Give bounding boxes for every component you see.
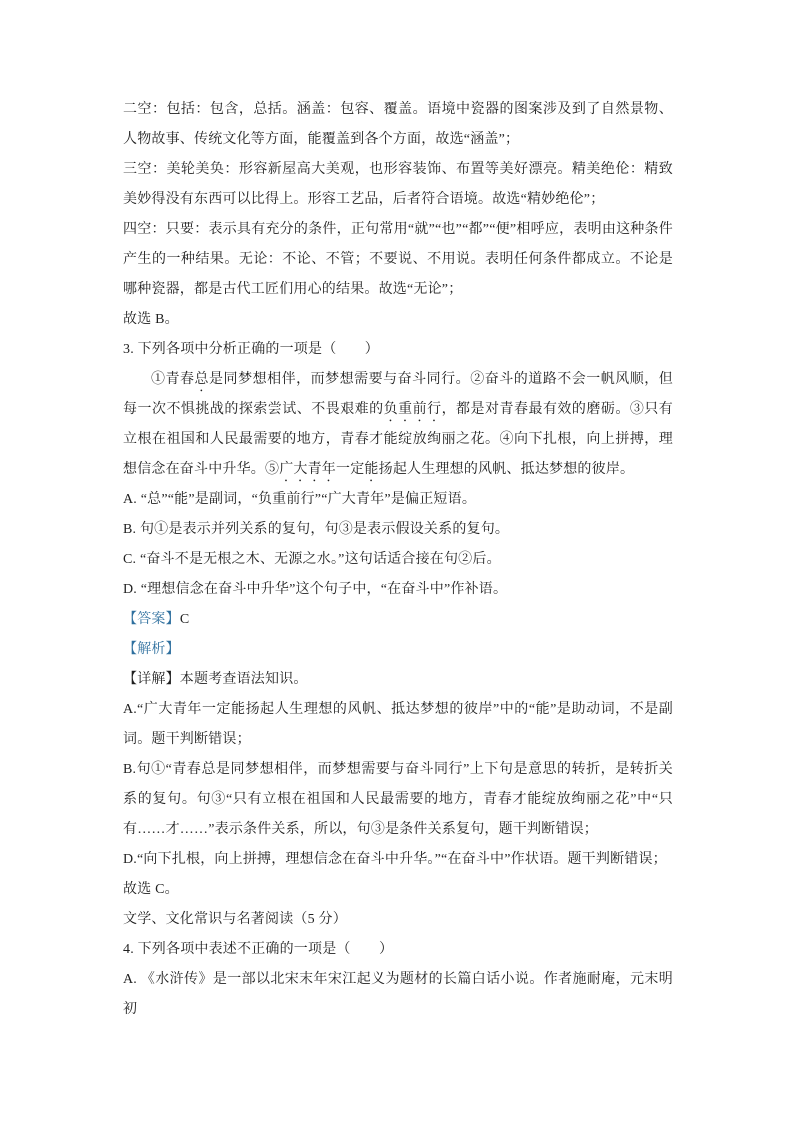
text-run: 3. 下列各项中分析正确的一项是（ ）	[123, 342, 379, 357]
explanation-blank2: 二空：包括：包含，总括。涵盖：包容、覆盖。语境中瓷器的图案涉及到了自然景物、人物…	[123, 95, 673, 155]
detail-q3-a: A.“广大青年一定能扬起人生理想的风帆、抵达梦想的彼岸”中的“能”是助动词，不是…	[123, 695, 673, 755]
detail-q3-intro: 【详解】本题考查语法知识。	[123, 665, 673, 695]
text-run: 一定	[336, 462, 364, 477]
text-run: C	[180, 612, 190, 627]
text-run: 文学、文化常识与名著阅读（5 分）	[123, 912, 347, 927]
text-run: D. “理想信念在奋斗中升华”这个句子中，“在奋斗中”作补语。	[123, 582, 507, 597]
document-page: { "page": { "background": "#ffffff", "te…	[0, 0, 793, 1122]
question-3-option-d: D. “理想信念在奋斗中升华”这个句子中，“在奋斗中”作补语。	[123, 575, 673, 605]
text-run: 故选 B。	[123, 312, 179, 327]
question-4-option-a: A. 《水浒传》是一部以北宋末年宋江起义为题材的长篇白话小说。作者施耐庵，元末明…	[123, 965, 673, 1025]
explanation-blank4: 四空：只要：表示具有充分的条件，正句常用“就”“也”“都”“便”相呼应，表明由这…	[123, 215, 673, 305]
conclusion-q3: 故选 C。	[123, 875, 673, 905]
emphasized-text: 总	[195, 372, 210, 387]
document-body: 二空：包括：包含，总括。涵盖：包容、覆盖。语境中瓷器的图案涉及到了自然景物、人物…	[123, 95, 673, 1025]
detail-q3-b: B.句①“青春总是同梦想相伴，而梦想需要与奋斗同行”上下句是意思的转折，是转折关…	[123, 755, 673, 845]
text-run: 扬起人生理想的风帆、抵达梦想的彼岸。	[379, 462, 635, 477]
text-run: ①青春	[151, 372, 195, 387]
answer-label-q3: 【答案】C	[123, 605, 673, 635]
emphasized-text: 能	[364, 462, 378, 477]
question-3-stem: 3. 下列各项中分析正确的一项是（ ）	[123, 335, 673, 365]
emphasized-text: 负重前行	[384, 402, 442, 417]
question-3-option-b: B. 句①是表示并列关系的复句，句③是表示假设关系的复句。	[123, 515, 673, 545]
text-run: A. “总”“能”是副词，“负重前行”“广大青年”是偏正短语。	[123, 492, 476, 507]
text-run: 二空：包括：包含，总括。涵盖：包容、覆盖。语境中瓷器的图案涉及到了自然景物、人物…	[123, 102, 673, 147]
text-run: 四空：只要：表示具有充分的条件，正句常用“就”“也”“都”“便”相呼应，表明由这…	[123, 222, 673, 297]
text-run: 三空：美轮美奂：形容新屋高大美观，也形容装饰、布置等美好漂亮。精美绝伦：精致美妙…	[123, 162, 673, 207]
section-heading-literature: 文学、文化常识与名著阅读（5 分）	[123, 905, 673, 935]
text-run: A. 《水浒传》是一部以北宋末年宋江起义为题材的长篇白话小说。作者施耐庵，元末明…	[123, 972, 673, 1017]
text-run: 【详解】本题考查语法知识。	[123, 672, 308, 687]
text-run: B. 句①是表示并列关系的复句，句③是表示假设关系的复句。	[123, 522, 509, 537]
text-run: 4. 下列各项中表述不正确的一项是（ ）	[123, 942, 393, 957]
emphasized-text: 广大青年	[279, 462, 336, 477]
question-3-option-a: A. “总”“能”是副词，“负重前行”“广大青年”是偏正短语。	[123, 485, 673, 515]
conclusion-q2: 故选 B。	[123, 305, 673, 335]
bracket-label: 【答案】	[123, 612, 180, 627]
detail-q3-d: D.“向下扎根，向上拼搏，理想信念在奋斗中升华。”“在奋斗中”作状语。题干判断错…	[123, 845, 673, 875]
text-run: D.“向下扎根，向上拼搏，理想信念在奋斗中升华。”“在奋斗中”作状语。题干判断错…	[123, 852, 667, 867]
question-4-stem: 4. 下列各项中表述不正确的一项是（ ）	[123, 935, 673, 965]
text-run: B.句①“青春总是同梦想相伴，而梦想需要与奋斗同行”上下句是意思的转折，是转折关…	[123, 762, 673, 837]
text-run: C. “奋斗不是无根之木、无源之水。”这句话适合接在句②后。	[123, 552, 501, 567]
explanation-blank3: 三空：美轮美奂：形容新屋高大美观，也形容装饰、布置等美好漂亮。精美绝伦：精致美妙…	[123, 155, 673, 215]
question-3-passage: ①青春总是同梦想相伴，而梦想需要与奋斗同行。②奋斗的道路不会一帆风顺，但每一次不…	[123, 365, 673, 485]
text-run: 故选 C。	[123, 882, 179, 897]
analysis-label-q3: 【解析】	[123, 635, 673, 665]
bracket-label: 【解析】	[123, 642, 180, 657]
text-run: A.“广大青年一定能扬起人生理想的风帆、抵达梦想的彼岸”中的“能”是助动词，不是…	[123, 702, 673, 747]
page: 二空：包括：包含，总括。涵盖：包容、覆盖。语境中瓷器的图案涉及到了自然景物、人物…	[0, 0, 793, 1122]
question-3-option-c: C. “奋斗不是无根之木、无源之水。”这句话适合接在句②后。	[123, 545, 673, 575]
